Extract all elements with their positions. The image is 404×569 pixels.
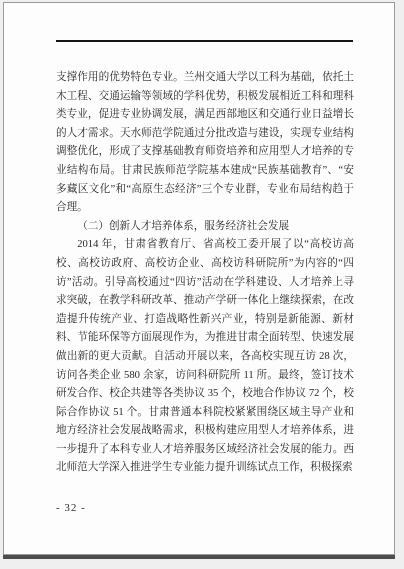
document-page: 支撑作用的优势特色专业。兰州交通大学以工科为基础，依托土木工程、交通运输等领域的…: [3, 2, 395, 555]
document-body: 支撑作用的优势特色专业。兰州交通大学以工科为基础，依托土木工程、交通运输等领域的…: [56, 69, 354, 478]
paragraph-continuation: 支撑作用的优势特色专业。兰州交通大学以工科为基础，依托土木工程、交通运输等领域的…: [56, 69, 354, 218]
paragraph-body: 2014 年，甘肃省教育厅、省高校工委开展了以“高校访高校、高校访政府、高校访企…: [56, 236, 354, 478]
section-heading: （二）创新人才培养体系，服务经济社会发展: [56, 218, 354, 237]
page-number: - 32 -: [56, 502, 86, 514]
header-rule: [56, 40, 353, 42]
